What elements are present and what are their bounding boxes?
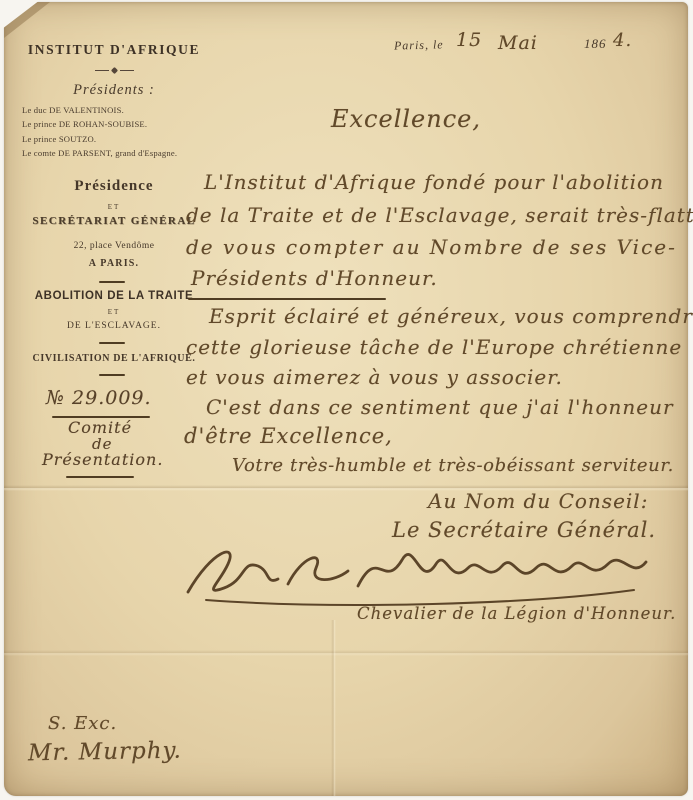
ornament-divider-icon xyxy=(18,68,210,73)
dateline-year-digit: 4. xyxy=(613,30,632,51)
dateline-printed-prefix: Paris, le xyxy=(394,37,444,53)
body-line: de la Traite et de l'Esclavage, serait t… xyxy=(186,203,693,227)
valediction: Votre très-humble et très-obéissant serv… xyxy=(232,455,674,476)
fold-crease-horizontal-2 xyxy=(4,650,688,656)
signature-flourish xyxy=(182,538,652,610)
presidence-label: Présidence xyxy=(18,178,210,195)
on-behalf-line: Au Nom du Conseil: xyxy=(428,489,648,513)
letter-paper: INSTITUT D'AFRIQUE Présidents : Le duc D… xyxy=(4,2,688,796)
body-line: L'Institut d'Afrique fondé pour l'abolit… xyxy=(204,170,664,194)
comite-line: Présentation. xyxy=(42,450,163,469)
body-line: Esprit éclairé et généreux, vous compren… xyxy=(209,304,693,328)
dateline-printed-year: 186 xyxy=(584,36,607,52)
president-item: Le duc DE VALENTINOIS. xyxy=(22,103,177,117)
corner-fold xyxy=(2,0,40,29)
reference-number: № 29.009. xyxy=(46,387,152,409)
fold-crease-vertical xyxy=(331,620,336,796)
addressee-line: S. Exc. xyxy=(48,713,117,734)
body-line: Présidents d'Honneur. xyxy=(191,266,438,290)
president-item: Le prince DE ROHAN-SOUBISE. xyxy=(22,117,177,131)
address-street: 22, place Vendôme xyxy=(18,241,210,251)
et-label: ET xyxy=(18,308,210,316)
mission-esclavage: DE L'ESCLAVAGE. xyxy=(18,321,210,331)
comite-underline xyxy=(66,476,134,478)
body-line: C'est dans ce sentiment que j'ai l'honne… xyxy=(206,395,674,419)
president-item: Le comte DE PARSENT, grand d'Espagne. xyxy=(22,146,177,160)
body-line: cette glorieuse tâche de l'Europe chréti… xyxy=(186,335,682,359)
honneur-underline xyxy=(188,298,386,300)
presidents-heading: Présidents : xyxy=(18,82,210,99)
signer-honor: Chevalier de la Légion d'Honneur. xyxy=(357,604,676,623)
body-line: d'être Excellence, xyxy=(184,424,393,448)
et-label: ET xyxy=(18,203,210,211)
addressee-line: Mr. Murphy. xyxy=(28,738,182,767)
section-divider xyxy=(99,281,125,283)
body-line: et vous aimerez à vous y associer. xyxy=(186,365,563,389)
presidents-list: Le duc DE VALENTINOIS. Le prince DE ROHA… xyxy=(22,103,177,161)
president-item: Le prince SOUTZO. xyxy=(22,132,177,146)
address-city: A PARIS. xyxy=(18,258,210,269)
mission-abolition: ABOLITION DE LA TRAITE xyxy=(18,290,210,302)
section-divider xyxy=(99,374,125,376)
document-scan: INSTITUT D'AFRIQUE Présidents : Le duc D… xyxy=(0,0,693,800)
section-divider xyxy=(99,342,125,344)
mission-civilisation: CIVILISATION DE L'AFRIQUE. xyxy=(18,353,210,364)
letterhead-title: INSTITUT D'AFRIQUE xyxy=(18,42,210,58)
body-line: de vous compter au Nombre de ses Vice- xyxy=(186,235,677,259)
salutation: Excellence, xyxy=(331,105,481,133)
secretariat-label: SECRÉTARIAT GÉNÉRAL xyxy=(18,215,210,227)
dateline-month: Mai xyxy=(498,32,538,54)
dateline-day: 15 xyxy=(456,29,482,51)
